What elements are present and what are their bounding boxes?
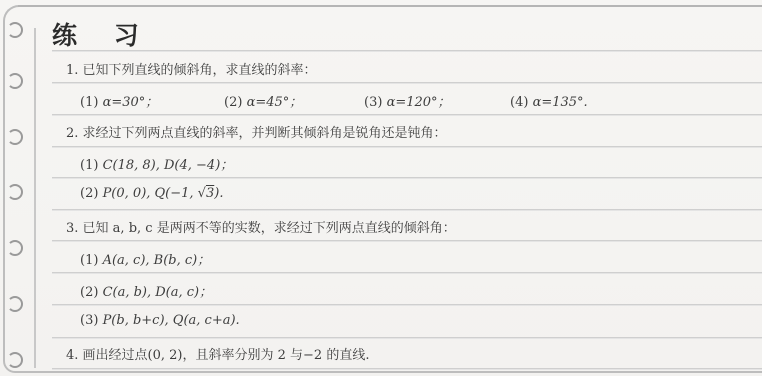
page-top-border: [18, 5, 762, 7]
ruled-line: [52, 240, 762, 241]
part-label: (3): [364, 95, 382, 110]
ruled-line: [52, 177, 762, 178]
ruled-line: [52, 368, 762, 369]
ruled-line: [52, 304, 762, 305]
part-expression: C(18, 8), D(4, −4)；: [103, 158, 234, 173]
question-2-part-1: (1) C(18, 8), D(4, −4)；: [80, 154, 233, 173]
question-3-part-1: (1) A(a, c), B(b, c)；: [80, 249, 210, 268]
part-label: (1): [80, 95, 98, 110]
question-4: 4. 画出经过点(0, 2)，且斜率分别为 2 与−2 的直线.: [66, 344, 369, 363]
expr-pre: P(0, 0), Q(−1, √: [103, 186, 206, 201]
ruled-line: [52, 50, 762, 51]
part-label: (2): [80, 186, 98, 201]
binder-ring-icon: [7, 22, 23, 38]
part-expression: α=30°；: [103, 95, 159, 110]
question-text: 求经过下列两点直线的斜率，并判断其倾斜角是锐角还是钝角：: [83, 126, 447, 141]
part-4: (4) α=135°.: [510, 95, 588, 110]
question-number: 3.: [66, 221, 78, 236]
part-expression: α=45°；: [247, 95, 303, 110]
part-label: (3): [80, 313, 98, 328]
ruled-line: [52, 272, 762, 273]
binder-ring-icon: [7, 73, 23, 89]
part-expression: C(a, b), D(a, c)；: [103, 285, 213, 300]
question-2-part-2: (2) P(0, 0), Q(−1, √3).: [80, 186, 223, 201]
ruled-line: [52, 337, 762, 338]
part-label: (1): [80, 158, 98, 173]
part-expression: P(b, b+c), Q(a, c+a).: [103, 313, 240, 328]
part-expression: α=135°.: [533, 95, 588, 110]
part-3: (3) α=120°；: [364, 91, 510, 110]
ruled-line: [52, 209, 762, 210]
question-number: 1.: [66, 63, 78, 78]
margin-line: [34, 28, 36, 368]
question-3-part-2: (2) C(a, b), D(a, c)；: [80, 281, 212, 300]
part-label: (2): [224, 95, 242, 110]
question-text: 已知下列直线的倾斜角，求直线的斜率：: [83, 63, 317, 78]
binder-ring-icon: [7, 296, 23, 312]
expr-post: ).: [214, 186, 223, 201]
part-2: (2) α=45°；: [224, 91, 364, 110]
part-label: (4): [510, 95, 528, 110]
part-label: (1): [80, 253, 98, 268]
question-3-part-3: (3) P(b, b+c), Q(a, c+a).: [80, 313, 240, 328]
binder-ring-icon: [7, 184, 23, 200]
part-expression: P(0, 0), Q(−1, √3).: [103, 186, 224, 201]
question-1-parts: (1) α=30°； (2) α=45°； (3) α=120°； (4) α=…: [80, 91, 588, 110]
binder-ring-icon: [7, 240, 23, 256]
question-3: 3. 已知 a, b, c 是两两不等的实数，求经过下列两点直线的倾斜角：: [66, 217, 456, 236]
part-expression: α=120°；: [387, 95, 451, 110]
part-label: (2): [80, 285, 98, 300]
question-text: 画出经过点(0, 2)，且斜率分别为 2 与−2 的直线.: [83, 348, 370, 363]
part-1: (1) α=30°；: [80, 91, 224, 110]
ruled-line: [52, 114, 762, 115]
notebook-page: 练 习 1. 已知下列直线的倾斜角，求直线的斜率： (1) α=30°； (2)…: [0, 0, 762, 376]
sqrt-radicand: 3: [206, 186, 214, 201]
question-number: 2.: [66, 126, 78, 141]
ruled-line: [52, 82, 762, 83]
question-1: 1. 已知下列直线的倾斜角，求直线的斜率：: [66, 59, 317, 78]
question-text: 已知 a, b, c 是两两不等的实数，求经过下列两点直线的倾斜角：: [83, 221, 456, 236]
part-expression: A(a, c), B(b, c)；: [103, 253, 211, 268]
binder-ring-icon: [7, 129, 23, 145]
ruled-line: [52, 146, 762, 147]
question-2: 2. 求经过下列两点直线的斜率，并判断其倾斜角是锐角还是钝角：: [66, 122, 447, 141]
question-number: 4.: [66, 348, 78, 363]
binder-ring-icon: [7, 352, 23, 368]
exercise-heading: 练 习: [52, 16, 153, 52]
